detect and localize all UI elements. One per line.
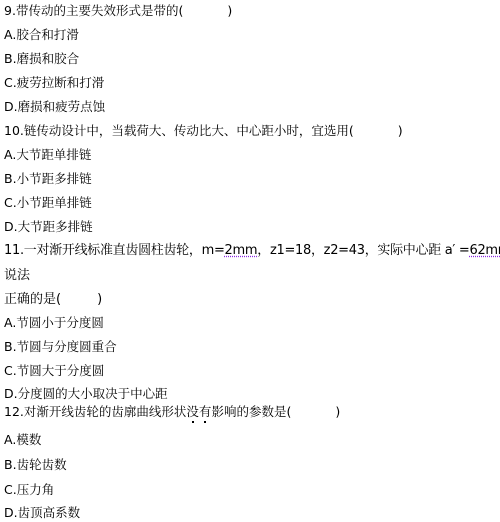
question-11-option-d: D.分度圆的大小取决于中心距 [4,386,168,402]
question-11-option-c: C.节圆大于分度圆 [4,363,104,379]
question-9-option-c: C.疲劳拉断和打滑 [4,75,104,91]
question-11-stem-line2: 说法 [4,268,30,284]
option-text: 疲劳拉断和打滑 [17,75,105,90]
question-text: 说法 [4,268,30,283]
question-10-option-c: C.小节距单排链 [4,195,92,211]
question-11-stem: 11.一对渐开线标准直齿圆柱齿轮，m=2mm，z1=18，z2=43，实际中心距… [4,243,500,259]
question-12-option-d: D.齿顶高系数 [4,505,80,521]
question-text: ，z1=18，z2=43，实际中心距 a′ = [257,243,469,258]
option-text: 节圆大于分度圆 [17,363,105,378]
option-letter: B. [4,457,17,472]
question-12-option-c: C.压力角 [4,482,54,498]
option-letter: C. [4,195,17,210]
question-close: ) [97,292,102,307]
question-number: 10. [4,123,24,138]
question-text: 一对渐开线标准直齿圆柱齿轮，m= [24,243,225,258]
question-11-option-b: B.节圆与分度圆重合 [4,339,117,355]
option-text: 磨损和疲劳点蚀 [18,99,106,114]
emphasis-char: 有 [199,404,212,419]
option-letter: A. [4,432,16,447]
option-letter: C. [4,482,17,497]
question-12-option-a: A.模数 [4,432,41,448]
option-text: 齿轮齿数 [17,457,67,472]
question-close: ) [227,3,232,18]
option-text: 磨损和胶合 [17,51,80,66]
option-letter: B. [4,171,17,186]
option-letter: D. [4,386,18,401]
question-12-option-b: B.齿轮齿数 [4,457,67,473]
question-number: 9. [4,3,16,18]
question-text: 链传动设计中，当载荷大、传动比大、中心距小时，宜选用( [24,123,354,138]
question-11-stem-line3: 正确的是() [4,292,102,308]
question-11-option-a: A.节圆小于分度圆 [4,315,104,331]
option-letter: D. [4,505,18,520]
question-text: 带传动的主要失效形式是带的( [16,3,183,18]
question-9-stem: 9.带传动的主要失效形式是带的() [4,3,232,19]
question-10-option-d: D.大节距多排链 [4,219,93,235]
question-10-option-b: B.小节距多排链 [4,171,92,187]
option-letter: B. [4,339,17,354]
option-text: 分度圆的大小取决于中心距 [18,386,168,401]
option-letter: C. [4,75,17,90]
option-letter: D. [4,99,18,114]
question-12-stem: 12.对渐开线齿轮的齿廓曲线形状没有影响的参数是() [4,404,340,420]
question-10-stem: 10.链传动设计中，当载荷大、传动比大、中心距小时，宜选用() [4,123,403,139]
option-letter: C. [4,363,17,378]
question-number: 11. [4,243,24,258]
question-9-option-a: A.胶合和打滑 [4,27,79,43]
option-text: 小节距单排链 [17,195,92,210]
option-text: 模数 [16,432,41,447]
question-text: 影响的参数是( [211,404,291,419]
question-10-option-a: A.大节距单排链 [4,147,91,163]
option-text: 齿顶高系数 [18,505,81,520]
option-text: 小节距多排链 [17,171,92,186]
center-distance-value: 62mm [469,243,500,258]
question-close: ) [335,404,340,419]
question-text: 对渐开线齿轮的齿廓曲线形状 [24,404,187,419]
option-letter: D. [4,219,18,234]
option-text: 节圆与分度圆重合 [17,339,117,354]
question-9-option-b: B.磨损和胶合 [4,51,79,67]
emphasis-char: 没 [186,404,199,419]
option-text: 节圆小于分度圆 [16,315,104,330]
option-text: 胶合和打滑 [16,27,79,42]
option-letter: A. [4,147,16,162]
option-letter: A. [4,27,16,42]
option-text: 大节距多排链 [18,219,93,234]
module-value: 2mm [225,243,258,258]
question-9-option-d: D.磨损和疲劳点蚀 [4,99,105,115]
question-close: ) [398,123,403,138]
option-text: 压力角 [17,482,55,497]
option-letter: B. [4,51,17,66]
question-number: 12. [4,404,24,419]
question-text: 正确的是( [4,292,61,307]
option-letter: A. [4,315,16,330]
option-text: 大节距单排链 [16,147,91,162]
